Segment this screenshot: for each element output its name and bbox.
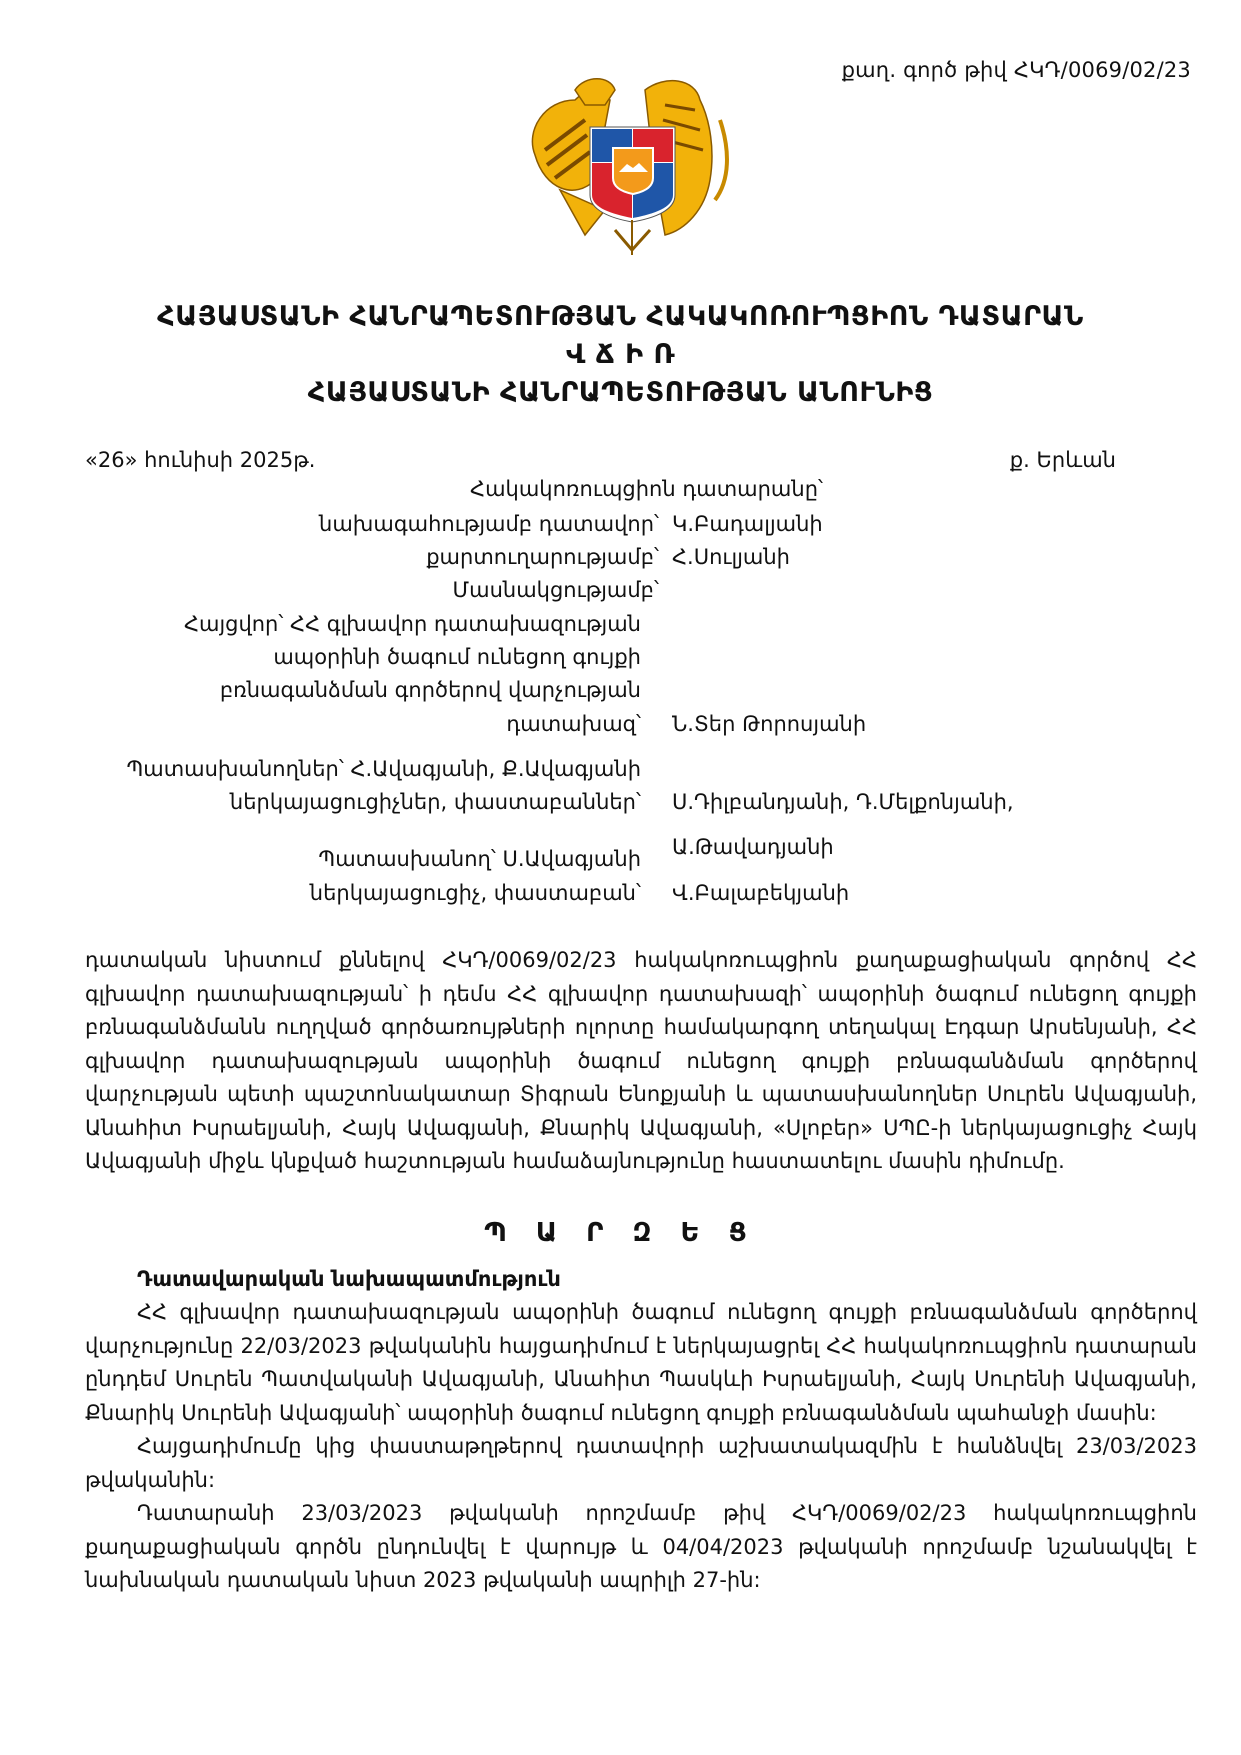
- respondent-lawyer: Վ.Բալաբեկյանի: [672, 881, 849, 905]
- court-name-heading: ՀԱՅԱՍՏԱՆԻ ՀԱՆՐԱՊԵՏՈՒԹՅԱՆ ՀԱԿԱԿՈՌՈՒՊՑԻՈՆ …: [0, 298, 1241, 336]
- case-reference: քաղ. գործ թիվ ՀԿԴ/0069/02/23: [842, 58, 1191, 82]
- claimant-line-4: դատախազ՝: [506, 712, 641, 736]
- intro-paragraph: դատական նիստում քննելով ՀԿԴ/0069/02/23 հ…: [85, 944, 1197, 1179]
- coat-of-arms-icon: [515, 60, 745, 260]
- paragraph-2: Հայցադիմումը կից փաստաթղթերով դատավորի ա…: [85, 1430, 1197, 1497]
- claimant-line-3: բռնագանձման գործերով վարչության: [220, 678, 641, 702]
- in-the-name-heading: ՀԱՅԱՍՏԱՆԻ ՀԱՆՐԱՊԵՏՈՒԹՅԱՆ ԱՆՈՒՆԻՑ: [0, 374, 1241, 412]
- respondents-label-2: ներկայացուցիչներ, փաստաբաններ՝: [230, 790, 641, 814]
- procedural-history-heading: Դատավարական նախապատմություն: [137, 1267, 561, 1291]
- section-heading: Պ Ա Ր Զ Ե Ց: [0, 1218, 1241, 1248]
- paragraph-3: Դատարանի 23/03/2023 թվականի որոշմամբ թիվ…: [85, 1497, 1197, 1598]
- court-label: Հակակոռուպցիոն դատարանը՝: [470, 477, 823, 501]
- claimant-prosecutor: Ն.Տեր Թորոսյանի: [672, 712, 866, 736]
- presiding-label: նախագահությամբ դատավոր՝: [319, 512, 659, 536]
- respondent-label-1: Պատասխանող՝ Ս.Ավագյանի: [318, 847, 641, 871]
- judgment-date: «26» հունիսի 2025թ.: [85, 448, 315, 472]
- paragraph-1: ՀՀ գլխավոր դատախազության ապօրինի ծագում …: [85, 1296, 1197, 1430]
- respondents-label-1: Պատասխանողներ՝ Հ.Ավագյանի, Ք.Ավագյանի: [126, 757, 641, 781]
- claimant-line-2: ապօրինի ծագում ունեցող գույքի: [273, 645, 641, 669]
- secretary-label: քարտուղարությամբ՝: [426, 545, 659, 569]
- procedural-history-body: ՀՀ գլխավոր դատախազության ապօրինի ծագում …: [85, 1296, 1197, 1598]
- respondents-lawyers-2: Ա.Թավադյանի: [672, 835, 834, 859]
- presiding-judge: Կ.Բադալյանի: [672, 512, 823, 536]
- participation-label: Մասնակցությամբ՝: [453, 578, 659, 602]
- claimant-line-1: Հայցվոր՝ ՀՀ գլխավոր դատախազության: [184, 612, 641, 636]
- document-title: ՀԱՅԱՍՏԱՆԻ ՀԱՆՐԱՊԵՏՈՒԹՅԱՆ ՀԱԿԱԿՈՌՈՒՊՑԻՈՆ …: [0, 298, 1241, 412]
- respondents-lawyers-1: Ս.Դիլբանդյանի, Դ.Մելքոնյանի,: [672, 790, 1014, 814]
- intro-paragraph-block: դատական նիստում քննելով ՀԿԴ/0069/02/23 հ…: [85, 944, 1197, 1179]
- secretary-name: Հ.Սուլյանի: [672, 545, 790, 569]
- judgment-heading: Վ Ճ Ի Ռ: [0, 336, 1241, 374]
- respondent-label-2: ներկայացուցիչ, փաստաբան՝: [310, 881, 641, 905]
- dateline: «26» հունիսի 2025թ. ք. Երևան: [85, 448, 1116, 472]
- judgment-place: ք. Երևան: [1010, 448, 1116, 472]
